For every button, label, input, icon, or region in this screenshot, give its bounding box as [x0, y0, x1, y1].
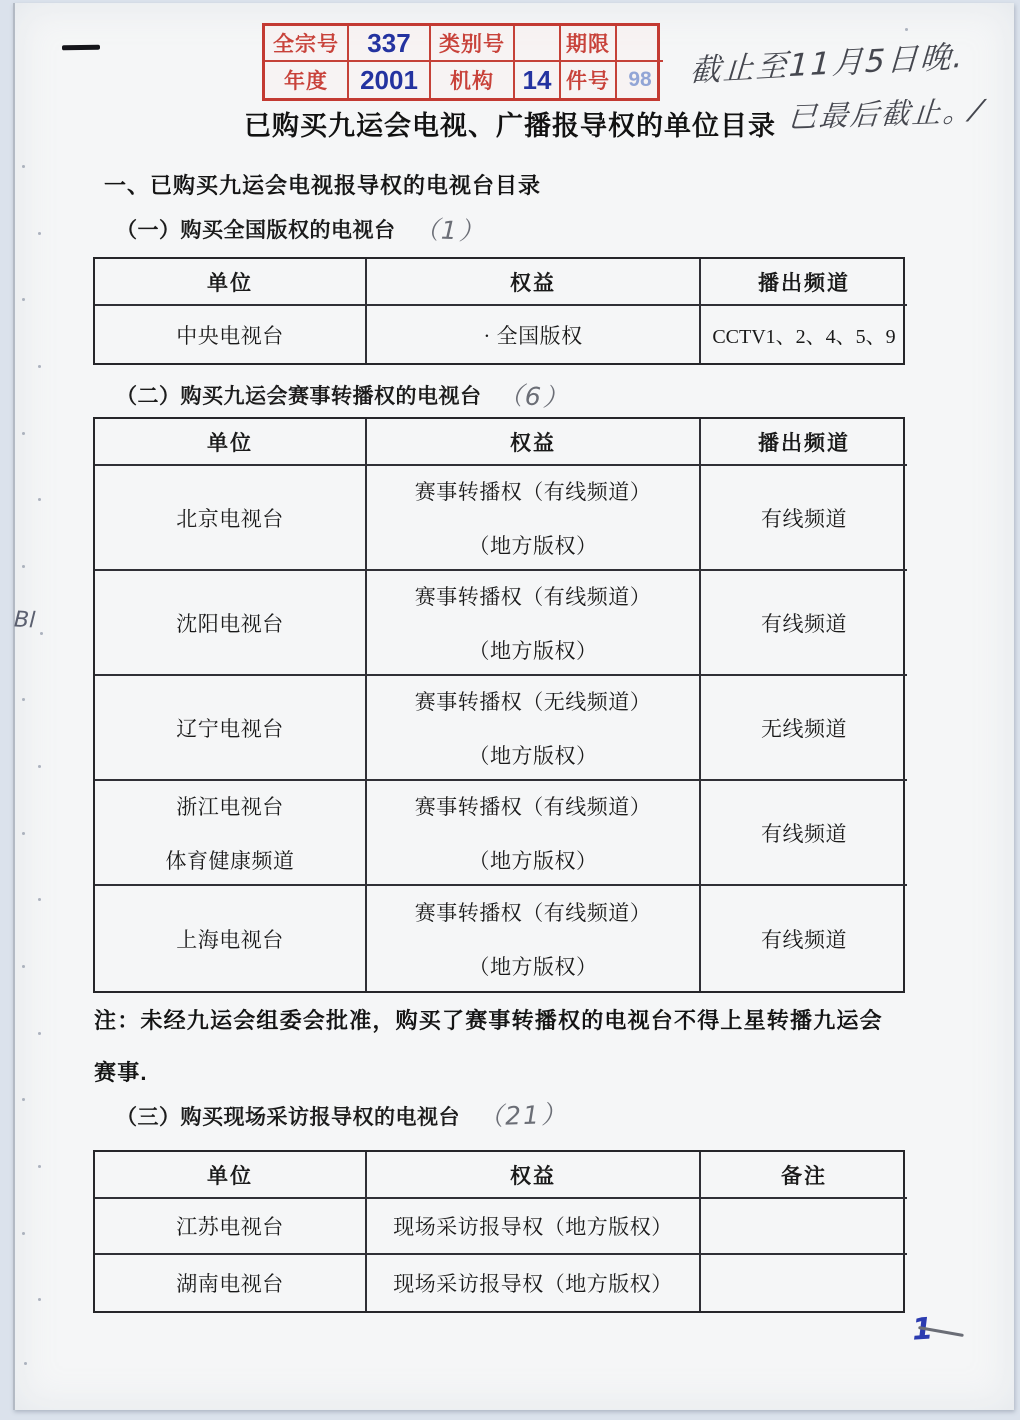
margin-speck: [38, 1165, 41, 1168]
stamp-year-value: 2001: [349, 62, 431, 98]
rights-line1: 赛事转播权（有线频道）: [415, 791, 652, 821]
note-line2: 赛事.: [94, 1056, 909, 1087]
table2-row2-rights: 赛事转播权（有线频道） （地方版权）: [367, 571, 701, 676]
table2-row5-channel: 有线频道: [701, 886, 907, 991]
margin-speck: [22, 965, 25, 968]
margin-speck: [38, 898, 41, 901]
table3-row2-remark: [701, 1255, 907, 1311]
table-national-rights: 单位 权益 播出频道 中央电视台 · 全国版权 CCTV1、2、4、5、9: [93, 257, 905, 365]
table2-row5-unit: 上海电视台: [95, 886, 367, 991]
table3-row1-remark: [701, 1199, 907, 1255]
table3-row2-unit: 湖南电视台: [95, 1255, 367, 1311]
table3-row1-rights: 现场采访报导权（地方版权）: [367, 1199, 701, 1255]
table1-header-rights: 权益: [367, 259, 701, 306]
table-interview-rights: 单位 权益 备注 江苏电视台 现场采访报导权（地方版权） 湖南电视台 现场采访报…: [93, 1150, 905, 1313]
subsection-2-heading: （二）购买九运会赛事转播权的电视台: [116, 380, 482, 410]
stamp-org-value: 14: [515, 62, 561, 98]
table1-header-unit: 单位: [95, 259, 367, 306]
table2-row2-unit: 沈阳电视台: [95, 571, 367, 676]
margin-speck: [22, 1232, 25, 1235]
rights-line1: 赛事转播权（有线频道）: [415, 581, 652, 611]
note-line1: 注：未经九运会组委会批准，购买了赛事转播权的电视台不得上星转播九运会: [94, 1004, 909, 1035]
table3-header-rights: 权益: [367, 1152, 701, 1199]
margin-speck: [38, 498, 41, 501]
unit-line1: 浙江电视台: [176, 791, 284, 821]
stamp-archive-no-label: 全宗号: [265, 26, 349, 62]
margin-speck: [22, 298, 25, 301]
table1-cell-rights: · 全国版权: [367, 306, 701, 363]
archive-stamp: 全宗号 337 类别号 期限 年度 2001 机构 14 件号 98: [262, 23, 660, 101]
margin-speck: [38, 232, 41, 235]
table2-row2-channel: 有线频道: [701, 571, 907, 676]
table2-row1-rights: 赛事转播权（有线频道） （地方版权）: [367, 466, 701, 571]
stamp-category-label: 类别号: [431, 26, 515, 62]
margin-speck: [22, 832, 25, 835]
margin-speck: [22, 565, 25, 568]
rights-line2: （地方版权）: [469, 740, 598, 770]
margin-speck: [24, 1362, 27, 1365]
table2-row4-rights: 赛事转播权（有线频道） （地方版权）: [367, 781, 701, 886]
table2-row1-channel: 有线频道: [701, 466, 907, 571]
rights-line2: （地方版权）: [469, 845, 598, 875]
table2-row4-channel: 有线频道: [701, 781, 907, 886]
handwritten-margin-mark: Bl: [13, 607, 35, 633]
handwritten-count-3: （21）: [477, 1094, 568, 1133]
stamp-item-label: 件号: [561, 62, 617, 98]
table2-row3-unit: 辽宁电视台: [95, 676, 367, 781]
margin-speck: [38, 765, 41, 768]
stamp-item-value: 98: [617, 62, 663, 98]
margin-speck: [38, 1298, 41, 1301]
rights-line2: （地方版权）: [469, 530, 598, 560]
margin-speck: [22, 1098, 25, 1101]
table1-cell-channel: CCTV1、2、4、5、9: [701, 306, 907, 363]
table3-row1-unit: 江苏电视台: [95, 1199, 367, 1255]
handwritten-count-1: （1）: [413, 210, 486, 248]
rights-line2: （地方版权）: [469, 635, 598, 665]
handwritten-count-2: （6）: [497, 375, 571, 415]
rights-line2: （地方版权）: [469, 951, 598, 981]
stamp-term-value: [617, 26, 663, 62]
table2-row4-unit: 浙江电视台 体育健康频道: [95, 781, 367, 886]
stamp-category-value: [515, 26, 561, 62]
margin-speck: [22, 698, 25, 701]
table2-row3-channel: 无线频道: [701, 676, 907, 781]
table-broadcast-rights: 单位 权益 播出频道 北京电视台 赛事转播权（有线频道） （地方版权） 有线频道…: [93, 417, 905, 993]
rights-line1: 赛事转播权（无线频道）: [415, 686, 652, 716]
stamp-term-label: 期限: [561, 26, 617, 62]
stamp-org-label: 机构: [431, 62, 515, 98]
margin-speck: [22, 165, 25, 168]
margin-speck: [905, 28, 908, 31]
table2-row5-rights: 赛事转播权（有线频道） （地方版权）: [367, 886, 701, 991]
top-left-dash-mark: [62, 45, 100, 51]
stamp-year-label: 年度: [265, 62, 349, 98]
table1-cell-unit: 中央电视台: [95, 306, 367, 363]
rights-line1: 赛事转播权（有线频道）: [415, 476, 652, 506]
stamp-archive-no-value: 337: [349, 26, 431, 62]
margin-speck: [40, 632, 43, 635]
table2-row3-rights: 赛事转播权（无线频道） （地方版权）: [367, 676, 701, 781]
table3-row2-rights: 现场采访报导权（地方版权）: [367, 1255, 701, 1311]
table2-header-unit: 单位: [95, 419, 367, 466]
table2-header-rights: 权益: [367, 419, 701, 466]
document-title: 已购买九运会电视、广播报导权的单位目录: [0, 104, 1020, 143]
table1-header-channel: 播出频道: [701, 259, 907, 306]
subsection-3-heading: （三）购买现场采访报导权的电视台: [116, 1101, 460, 1131]
margin-speck: [22, 432, 25, 435]
table2-row1-unit: 北京电视台: [95, 466, 367, 571]
section-1-heading: 一、已购买九运会电视报导权的电视台目录: [104, 169, 541, 200]
margin-speck: [38, 1032, 41, 1035]
table2-header-channel: 播出频道: [701, 419, 907, 466]
margin-speck: [38, 365, 41, 368]
table3-header-remark: 备注: [701, 1152, 907, 1199]
rights-line1: 赛事转播权（有线频道）: [415, 897, 652, 927]
table3-header-unit: 单位: [95, 1152, 367, 1199]
unit-line2: 体育健康频道: [166, 845, 295, 875]
subsection-1-heading: （一）购买全国版权的电视台: [116, 214, 396, 244]
